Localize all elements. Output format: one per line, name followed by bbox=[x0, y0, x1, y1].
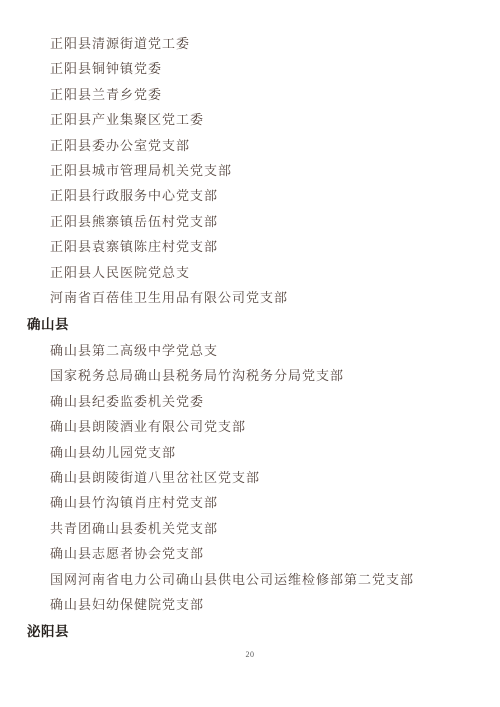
list-item: 国网河南省电力公司确山县供电公司运维检修部第二党支部 bbox=[0, 567, 500, 592]
list-item: 确山县幼儿园党支部 bbox=[0, 440, 500, 465]
list-item: 正阳县清源街道党工委 bbox=[0, 31, 500, 56]
section-header: 确山县 bbox=[0, 312, 500, 337]
organization-list: 正阳县清源街道党工委正阳县铜钟镇党委正阳县兰青乡党委正阳县产业集聚区党工委正阳县… bbox=[0, 31, 500, 645]
list-item: 确山县竹沟镇肖庄村党支部 bbox=[0, 490, 500, 515]
list-item: 确山县纪委监委机关党委 bbox=[0, 389, 500, 414]
document-page: 正阳县清源街道党工委正阳县铜钟镇党委正阳县兰青乡党委正阳县产业集聚区党工委正阳县… bbox=[0, 0, 500, 707]
list-item: 正阳县城市管理局机关党支部 bbox=[0, 158, 500, 183]
section-header: 泌阳县 bbox=[0, 619, 500, 644]
list-item: 正阳县产业集聚区党工委 bbox=[0, 107, 500, 132]
list-item: 河南省百蓓佳卫生用品有限公司党支部 bbox=[0, 285, 500, 310]
list-item: 正阳县人民医院党总支 bbox=[0, 260, 500, 285]
list-item: 确山县朗陵街道八里岔社区党支部 bbox=[0, 465, 500, 490]
list-item: 确山县志愿者协会党支部 bbox=[0, 541, 500, 566]
list-item: 正阳县袁寨镇陈庄村党支部 bbox=[0, 234, 500, 259]
list-item: 确山县朗陵酒业有限公司党支部 bbox=[0, 414, 500, 439]
list-item: 国家税务总局确山县税务局竹沟税务分局党支部 bbox=[0, 363, 500, 388]
list-item: 正阳县兰青乡党委 bbox=[0, 82, 500, 107]
list-item: 共青团确山县委机关党支部 bbox=[0, 516, 500, 541]
list-item: 正阳县铜钟镇党委 bbox=[0, 56, 500, 81]
list-item: 正阳县行政服务中心党支部 bbox=[0, 183, 500, 208]
list-item: 确山县妇幼保健院党支部 bbox=[0, 592, 500, 617]
list-item: 正阳县委办公室党支部 bbox=[0, 133, 500, 158]
list-item: 正阳县熊寨镇岳伍村党支部 bbox=[0, 209, 500, 234]
page-number: 20 bbox=[0, 650, 500, 659]
list-item: 确山县第二高级中学党总支 bbox=[0, 338, 500, 363]
